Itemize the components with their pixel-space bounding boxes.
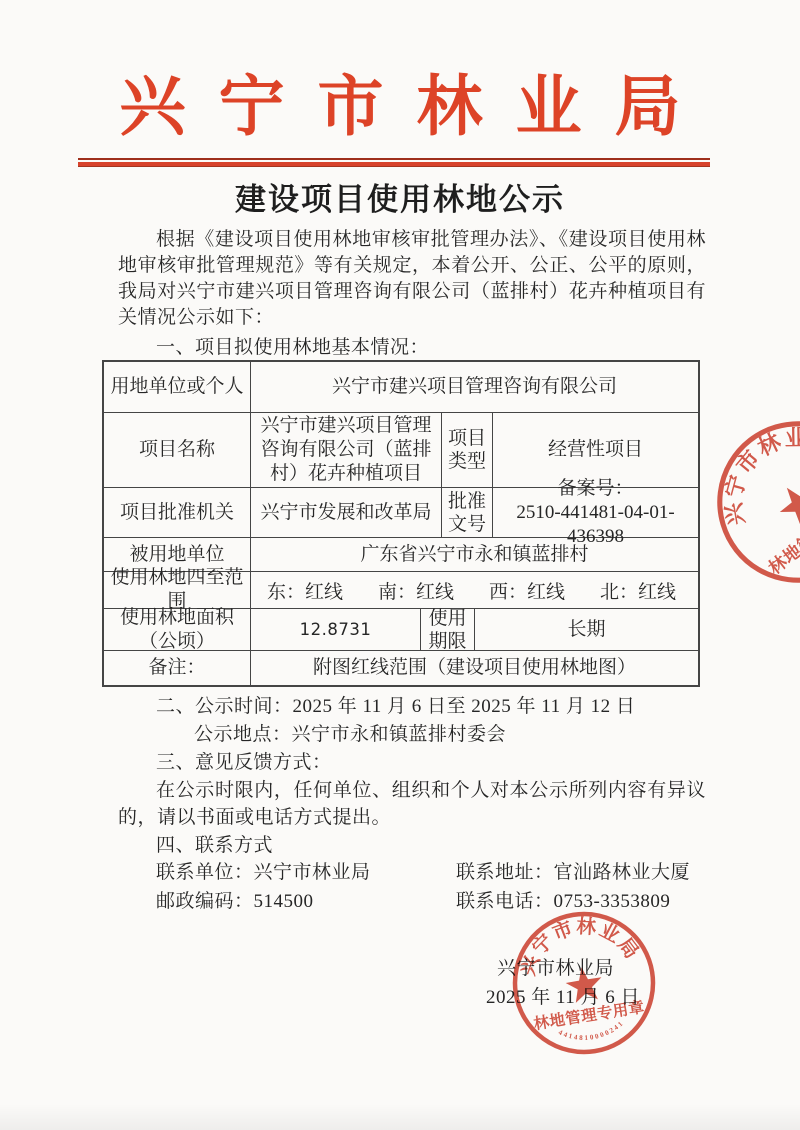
letterhead-rule <box>78 158 710 167</box>
agency-letterhead: 兴宁市林业局 <box>0 70 800 146</box>
star-icon <box>771 475 800 531</box>
table-row: 使用林地四至范围 东：红线 南：红线 西：红线 北：红线 <box>104 571 698 608</box>
section4-heading: 四、联系方式 <box>118 833 738 859</box>
table-row: 用地单位或个人 兴宁市建兴项目管理咨询有限公司 <box>104 362 698 412</box>
cell-project-name-value: 兴宁市建兴项目管理咨询有限公司（蓝排村）花卉种植项目 <box>250 413 441 487</box>
table-row: 备注： 附图红线范围（建设项目使用林地图） <box>104 650 698 685</box>
document-page: 兴宁市林业局 建设项目使用林地公示 根据《建设项目使用林地审核审批管理办法》、《… <box>0 0 800 1130</box>
official-seal-bottom: 兴宁市林业局 林地管理专用章 4414810000241 <box>498 897 670 1069</box>
contact-row-1: 联系单位：兴宁市林业局 联系地址：官汕路林业大厦 <box>156 860 722 886</box>
cell-term-label: 使用期限 <box>420 609 474 650</box>
seal-banner-text: 林地管理专用章 <box>532 997 646 1033</box>
cell-project-name-label: 项目名称 <box>104 413 250 487</box>
intro-paragraph: 根据《建设项目使用林地审核审批管理办法》、《建设项目使用林地审核审批管理规范》等… <box>118 227 706 331</box>
contact-address: 联系地址：官汕路林业大厦 <box>456 860 722 886</box>
cell-approval-org-label: 项目批准机关 <box>104 488 250 537</box>
boundary-east: 东：红线 <box>267 577 343 604</box>
star-icon <box>564 964 605 1004</box>
cell-area-value: 12.8731 <box>250 609 420 650</box>
cell-project-type-label: 项目类型 <box>441 413 492 487</box>
boundary-north: 北：红线 <box>600 577 676 604</box>
cell-remark-value: 附图红线范围（建设项目使用林地图） <box>250 651 698 685</box>
cell-used-unit-value: 广东省兴宁市永和镇蓝排村 <box>250 538 698 571</box>
document-title: 建设项目使用林地公示 <box>0 174 800 219</box>
table-row: 使用林地面积（公顷） 12.8731 使用期限 长期 <box>104 608 698 650</box>
svg-text:兴宁市林业局: 兴宁市林业局 <box>693 396 800 536</box>
cell-use-unit-label: 用地单位或个人 <box>104 362 250 412</box>
cell-approval-doc-value: 备案号： 2510-441481-04-01-436398 <box>492 488 698 537</box>
cell-use-unit-value: 兴宁市建兴项目管理咨询有限公司 <box>250 362 698 412</box>
cell-remark-label: 备注： <box>104 651 250 685</box>
cell-boundary-label: 使用林地四至范围 <box>104 572 250 608</box>
cell-boundary-value: 东：红线 南：红线 西：红线 北：红线 <box>250 572 698 608</box>
contact-unit: 联系单位：兴宁市林业局 <box>156 860 456 886</box>
boundary-west: 西：红线 <box>489 577 565 604</box>
section3-body: 在公示时限内，任何单位、组织和个人对本公示所列内容有异议的，请以书面或电话方式提… <box>118 777 706 831</box>
boundary-south: 南：红线 <box>378 577 454 604</box>
rule-thin-line <box>78 158 710 160</box>
cell-approval-doc-label: 批准文号 <box>441 488 492 537</box>
land-use-table: 用地单位或个人 兴宁市建兴项目管理咨询有限公司 项目名称 兴宁市建兴项目管理咨询… <box>102 360 700 687</box>
table-row: 项目批准机关 兴宁市发展和改革局 批准文号 备案号： 2510-441481-0… <box>104 487 698 537</box>
rule-thick-line <box>78 162 710 167</box>
cell-approval-org-value: 兴宁市发展和改革局 <box>250 488 441 537</box>
cell-term-value: 长期 <box>474 609 698 650</box>
seal-arc-text: 兴宁市林业局 <box>693 396 800 536</box>
cell-area-label: 使用林地面积（公顷） <box>104 609 250 650</box>
section2-place: 公示地点：兴宁市永和镇蓝排村委会 <box>118 722 738 748</box>
contact-postcode: 邮政编码：514500 <box>156 889 456 915</box>
record-number-caption: 备案号： <box>497 477 694 501</box>
section1-heading: 一、项目拟使用林地基本情况： <box>118 335 706 361</box>
section3-heading: 三、意见反馈方式： <box>118 750 738 776</box>
section2-time: 二、公示时间：2025 年 11 月 6 日至 2025 年 11 月 12 日 <box>118 694 738 720</box>
